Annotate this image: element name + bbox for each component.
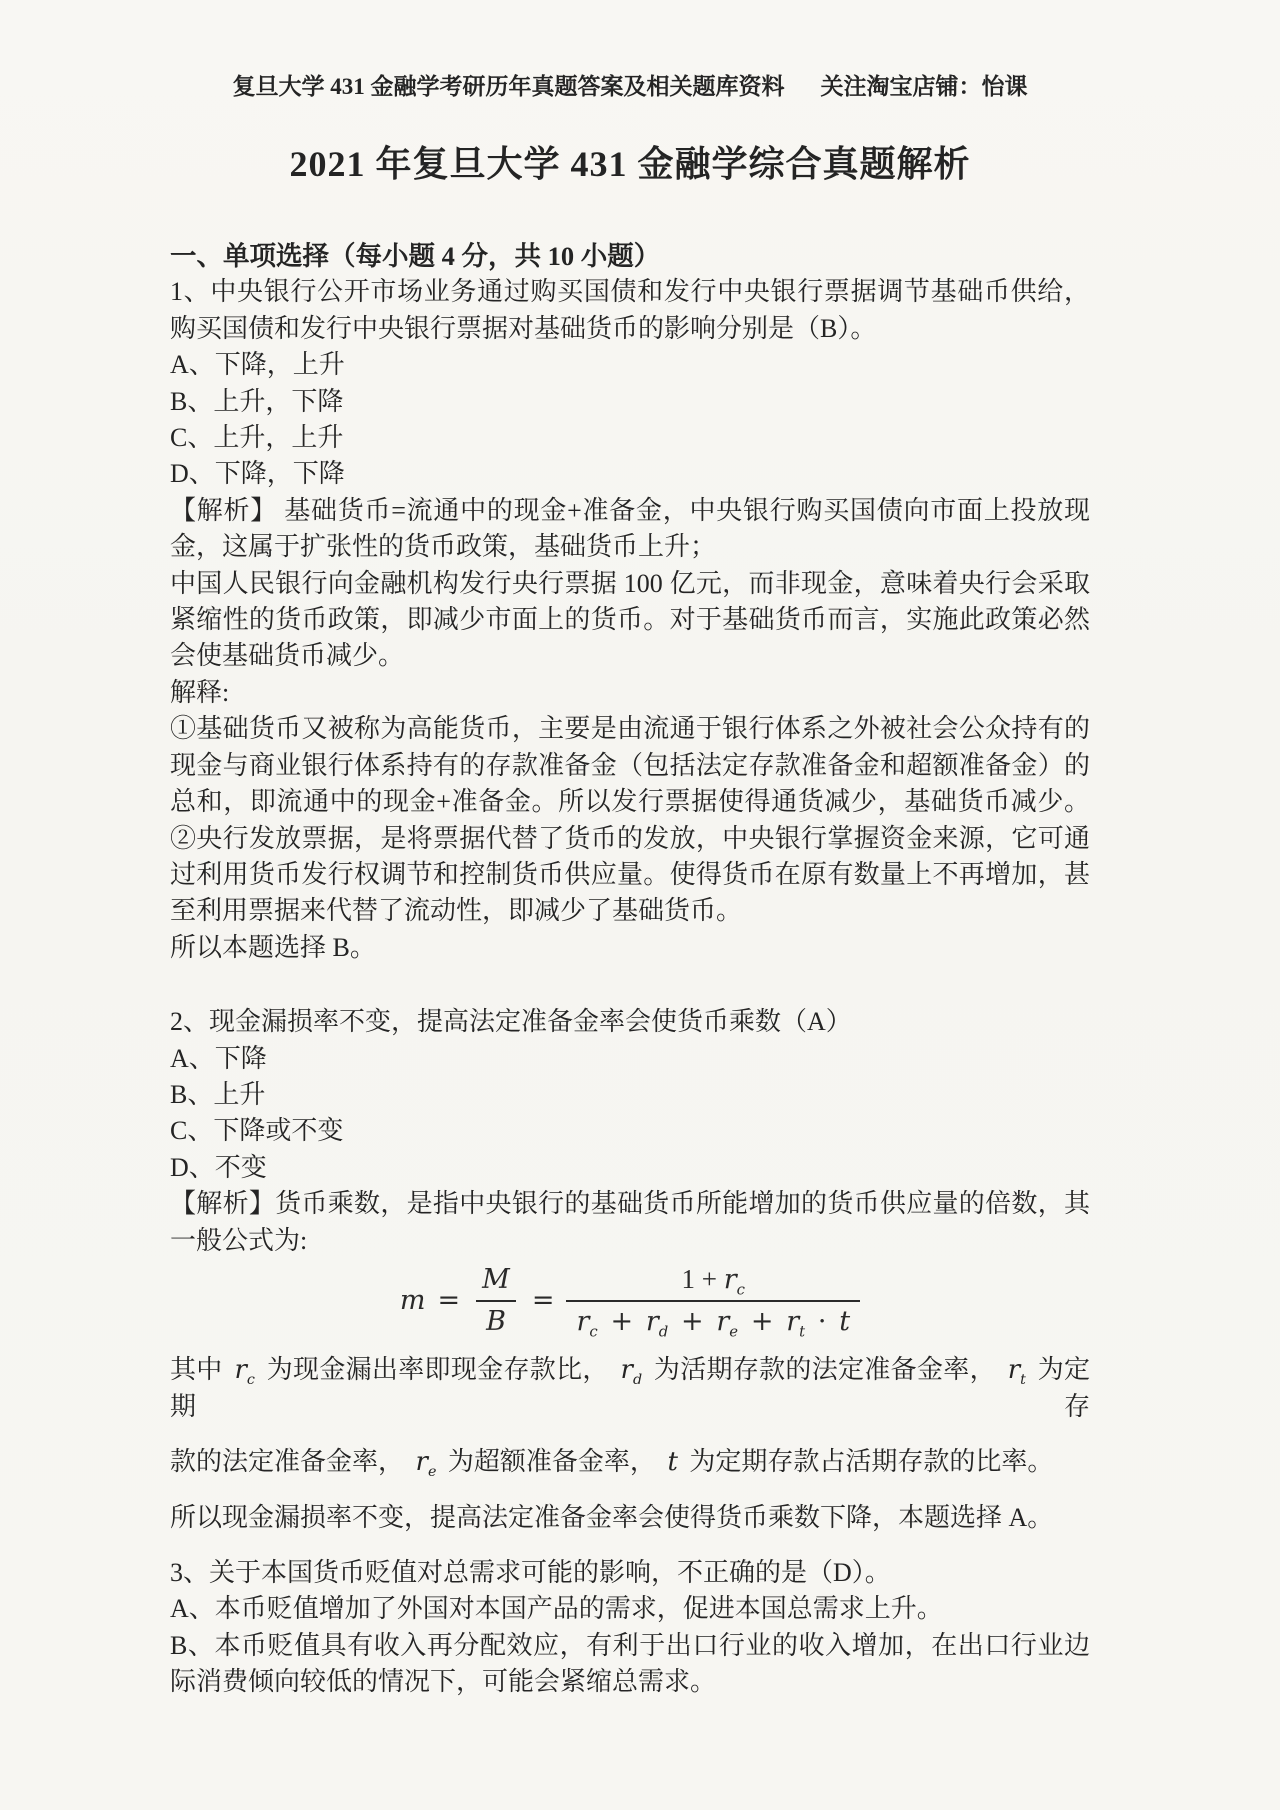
subscript-t: t xyxy=(799,1322,805,1340)
q1-option-b: B、上升，下降 xyxy=(170,384,1090,420)
q1-analysis-line: ①基础货币又被称为高能货币，主要是由流通于银行体系之外被社会公众持有的 xyxy=(170,711,1090,747)
q1-analysis-line: 【解析】 基础货币=流通中的现金+准备金，中央银行购买国债向市面上投放现 xyxy=(170,493,1090,529)
formula-var-r: r xyxy=(416,1447,428,1477)
formula-var-r: r xyxy=(646,1306,659,1337)
subscript-c: c xyxy=(589,1322,597,1340)
subscript-c: c xyxy=(737,1280,745,1298)
formula-var-r: r xyxy=(716,1306,729,1337)
inline-var-rt: rt xyxy=(1008,1355,1026,1384)
subscript-e: e xyxy=(428,1464,436,1480)
q1-option-c: C、上升，上升 xyxy=(170,420,1090,456)
formula-var-r: r xyxy=(234,1355,246,1385)
q2-expl-line-1: 其中 rc 为现金漏出率即现金存款比， rd 为活期存款的法定准备金率， rt … xyxy=(170,1352,1090,1425)
q2-answer-line: 所以现金漏损率不变，提高法定准备金率会使得货币乘数下降，本题选择 A。 xyxy=(170,1500,1090,1536)
header-left-text: 复旦大学 431 金融学考研历年真题答案及相关题库资料 xyxy=(233,72,785,102)
q1-analysis-line: 至利用票据来代替了流动性，即减少了基础货币。 xyxy=(170,893,1090,929)
q1-analysis-line: 中国人民银行向金融机构发行央行票据 100 亿元，而非现金，意味着央行会采取 xyxy=(170,566,1090,602)
q2-option-b: B、上升 xyxy=(170,1077,1090,1113)
q1-stem-line-2: 购买国债和发行中央银行票据对基础货币的影响分别是（B）。 xyxy=(170,311,1090,347)
fraction-multiplier: 1 + rc rc + rd + re + rt · t xyxy=(566,1265,860,1336)
question-1: 1、中央银行公开市场业务通过购买国债和发行中央银行票据调节基础币供给， 购买国债… xyxy=(170,274,1090,966)
question-2: 2、现金漏损率不变，提高法定准备金率会使货币乘数（A） A、下降 B、上升 C、… xyxy=(170,1004,1090,1536)
q1-analysis-line: 过利用货币发行权调节和控制货币供应量。使得货币在原有数量上不再增加，甚 xyxy=(170,857,1090,893)
plus-sign: + xyxy=(610,1306,633,1337)
formula-var-r: r xyxy=(1008,1355,1020,1385)
formula-var-r: r xyxy=(786,1306,799,1337)
q2-option-d: D、不变 xyxy=(170,1150,1090,1186)
q3-option-b-line-1: B、本币贬值具有收入再分配效应，有利于出口行业的收入增加，在出口行业边 xyxy=(170,1628,1090,1664)
inline-var-rc: rc xyxy=(234,1355,254,1384)
header-shop-note: 关注淘宝店铺：怡课 xyxy=(821,72,1028,102)
q2-analysis-line: 【解析】货币乘数，是指中央银行的基础货币所能增加的货币供应量的倍数，其 xyxy=(170,1186,1090,1222)
page-header: 复旦大学 431 金融学考研历年真题答案及相关题库资料 关注淘宝店铺：怡课 xyxy=(170,72,1090,102)
q1-option-a: A、下降，上升 xyxy=(170,347,1090,383)
formula-var-B: B xyxy=(486,1306,506,1337)
q2-option-c: C、下降或不变 xyxy=(170,1113,1090,1149)
q1-analysis-line: 解释: xyxy=(170,675,1090,711)
subscript-d: d xyxy=(659,1322,669,1340)
formula-var-t: t xyxy=(839,1306,850,1337)
subscript-e: e xyxy=(729,1322,738,1340)
plus-sign: + xyxy=(681,1306,704,1337)
q1-analysis-line: 会使基础货币减少。 xyxy=(170,638,1090,674)
subscript-t: t xyxy=(1020,1373,1026,1389)
inline-var-t: t xyxy=(667,1447,677,1476)
scanned-exam-page: 复旦大学 431 金融学考研历年真题答案及相关题库资料 关注淘宝店铺：怡课 20… xyxy=(0,0,1280,1810)
q2-option-a: A、下降 xyxy=(170,1041,1090,1077)
expl-text: 为现金漏出率即现金存款比， xyxy=(267,1355,609,1384)
q1-answer-line: 所以本题选择 B。 xyxy=(170,930,1090,966)
question-3: 3、关于本国货币贬值对总需求可能的影响，不正确的是（D）。 A、本币贬值增加了外… xyxy=(170,1555,1090,1701)
fraction-m-over-b: M B xyxy=(472,1265,520,1336)
plus-sign: + xyxy=(751,1306,774,1337)
q1-analysis-line: ②央行发放票据，是将票据代替了货币的发放，中央银行掌握资金来源，它可通 xyxy=(170,821,1090,857)
equals-sign: = xyxy=(532,1285,555,1316)
q1-analysis-line: 紧缩性的货币政策，即减少市面上的货币。对于基础货币而言，实施此政策必然 xyxy=(170,602,1090,638)
expl-text: 为超额准备金率， xyxy=(448,1447,656,1476)
q2-stem: 2、现金漏损率不变，提高法定准备金率会使货币乘数（A） xyxy=(170,1004,1090,1040)
subscript-d: d xyxy=(633,1373,642,1389)
q1-analysis-line: 现金与商业银行体系持有的存款准备金（包括法定存款准备金和超额准备金）的 xyxy=(170,748,1090,784)
expl-text: 款的法定准备金率， xyxy=(170,1447,404,1476)
formula-var-t: t xyxy=(667,1447,677,1477)
subscript-c: c xyxy=(247,1373,255,1389)
equals-sign: = xyxy=(438,1285,461,1316)
formula-var-M: M xyxy=(482,1264,510,1295)
q3-stem: 3、关于本国货币贬值对总需求可能的影响，不正确的是（D）。 xyxy=(170,1555,1090,1591)
inline-var-rd: rd xyxy=(621,1355,643,1384)
dot-operator: · xyxy=(818,1306,827,1337)
formula-block: m = M B = 1 + rc rc + rd + re xyxy=(170,1265,1090,1336)
formula-var-r: r xyxy=(576,1306,589,1337)
document-title: 2021 年复旦大学 431 金融学综合真题解析 xyxy=(170,140,1090,188)
inline-var-re: re xyxy=(416,1447,437,1476)
q1-stem-line-1: 1、中央银行公开市场业务通过购买国债和发行中央银行票据调节基础币供给， xyxy=(170,274,1090,310)
formula-var-m: m xyxy=(400,1285,426,1316)
q2-expl-line-2: 款的法定准备金率， re 为超额准备金率， t 为定期存款占活期存款的比率。 xyxy=(170,1444,1090,1480)
q3-option-b-line-2: 际消费倾向较低的情况下，可能会紧缩总需求。 xyxy=(170,1664,1090,1700)
q3-option-a: A、本币贬值增加了外国对本国产品的需求，促进本国总需求上升。 xyxy=(170,1591,1090,1627)
numerator-one-plus: 1 + xyxy=(682,1264,724,1294)
q2-analysis-line: 一般公式为: xyxy=(170,1223,1090,1259)
section-heading: 一、单项选择（每小题 4 分，共 10 小题） xyxy=(170,238,1090,274)
expl-text: 为活期存款的法定准备金率， xyxy=(654,1355,996,1384)
formula-var-r: r xyxy=(724,1264,737,1295)
expl-text: 为定期存款占活期存款的比率。 xyxy=(689,1447,1053,1476)
q1-option-d: D、下降，下降 xyxy=(170,456,1090,492)
money-multiplier-formula: m = M B = 1 + rc rc + rd + re xyxy=(400,1265,860,1336)
q1-analysis-line: 金，这属于扩张性的货币政策，基础货币上升； xyxy=(170,529,1090,565)
expl-text: 其中 xyxy=(170,1355,223,1384)
q1-analysis-line: 总和，即流通中的现金+准备金。所以发行票据使得通货减少，基础货币减少。 xyxy=(170,784,1090,820)
formula-var-r: r xyxy=(621,1355,633,1385)
